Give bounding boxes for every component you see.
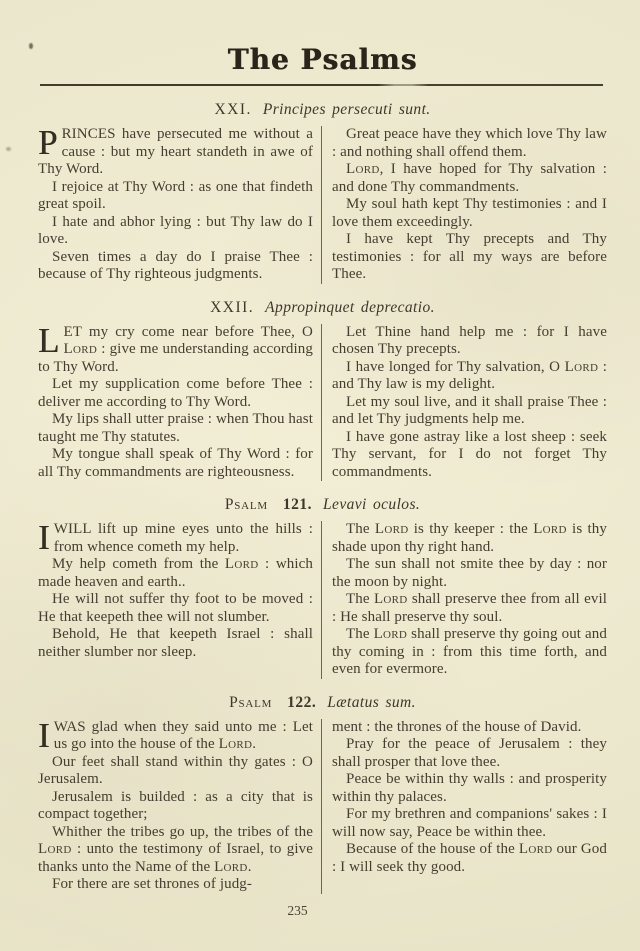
psalm-columns: IWAS glad when they said unto me : Let u… — [38, 719, 607, 894]
psalm-heading: XXI.Principes persecuti sunt. — [38, 101, 607, 119]
verse-paragraph: For my brethren and companions' sakes : … — [332, 806, 607, 841]
verse-paragraph: He will not suffer thy foot to be moved … — [38, 591, 313, 626]
left-column: IWAS glad when they said unto me : Let u… — [38, 719, 321, 894]
drop-cap: I — [38, 719, 54, 750]
verse-paragraph: IWAS glad when they said unto me : Let u… — [38, 719, 313, 754]
verse-paragraph: Seven times a day do I praise Thee : bec… — [38, 249, 313, 284]
drop-cap: P — [38, 126, 62, 157]
left-column: IWILL lift up mine eyes unto the hills :… — [38, 521, 321, 679]
page-title: The Psalms — [38, 45, 607, 75]
book-page: The Psalms XXI.Principes persecuti sunt.… — [0, 0, 640, 951]
verse-paragraph: I have kept Thy precepts and Thy testimo… — [332, 231, 607, 284]
verse-paragraph: Let Thine hand help me : for I have chos… — [332, 324, 607, 359]
verse-paragraph: I have longed for Thy salvation, O Lord … — [332, 359, 607, 394]
verse-paragraph: Lord, I have hoped for Thy salvation : a… — [332, 161, 607, 196]
right-column: ment : the thrones of the house of David… — [321, 719, 607, 894]
psalm-latin-title: Lætatus sum. — [327, 694, 416, 711]
psalm-heading: Psalm 121.Levavi oculos. — [38, 496, 607, 514]
psalm-sections: XXI.Principes persecuti sunt.PRINCES hav… — [38, 101, 607, 894]
scan-artifact — [29, 43, 33, 49]
lord-smallcaps: Lord — [63, 341, 97, 357]
verse-paragraph: My help cometh from the Lord : which mad… — [38, 556, 313, 591]
lord-smallcaps: Lord — [214, 859, 248, 875]
verse-paragraph: Great peace have they which love Thy law… — [332, 126, 607, 161]
psalm-columns: LET my cry come near before Thee, O Lord… — [38, 324, 607, 482]
left-column: LET my cry come near before Thee, O Lord… — [38, 324, 321, 482]
right-column: Let Thine hand help me : for I have chos… — [321, 324, 607, 482]
left-column: PRINCES have persecuted me without a cau… — [38, 126, 321, 284]
lord-smallcaps: Lord — [346, 161, 380, 177]
psalm-columns: IWILL lift up mine eyes unto the hills :… — [38, 521, 607, 679]
verse-paragraph: The Lord shall preserve thee from all ev… — [332, 591, 607, 626]
lord-smallcaps: Lord — [38, 841, 72, 857]
psalm-heading-prefix: XXII. — [210, 299, 254, 316]
verse-paragraph: Peace be within thy walls : and prosperi… — [332, 771, 607, 806]
psalm-section: Psalm 122.Lætatus sum.IWAS glad when the… — [38, 694, 607, 894]
lord-smallcaps: Lord — [219, 736, 253, 752]
lord-smallcaps: Lord — [375, 521, 409, 537]
psalm-latin-title: Principes persecuti sunt. — [263, 101, 431, 118]
psalm-section: Psalm 121.Levavi oculos.IWILL lift up mi… — [38, 496, 607, 679]
psalm-section: XXII.Appropinquet deprecatio.LET my cry … — [38, 299, 607, 482]
psalm-latin-title: Appropinquet deprecatio. — [265, 299, 435, 316]
verse-paragraph: I have gone astray like a lost sheep : s… — [332, 429, 607, 482]
psalm-section: XXI.Principes persecuti sunt.PRINCES hav… — [38, 101, 607, 284]
page-number: 235 — [13, 903, 582, 919]
lord-smallcaps: Lord — [374, 591, 408, 607]
psalm-heading: Psalm 122.Lætatus sum. — [38, 694, 607, 712]
verse-paragraph: The Lord is thy keeper : the Lord is thy… — [332, 521, 607, 556]
lord-smallcaps: Lord — [225, 556, 259, 572]
verse-paragraph: ment : the thrones of the house of David… — [332, 719, 607, 737]
verse-paragraph: My lips shall utter praise : when Thou h… — [38, 411, 313, 446]
verse-paragraph: Behold, He that keepeth Israel : shall n… — [38, 626, 313, 661]
right-column: The Lord is thy keeper : the Lord is thy… — [321, 521, 607, 679]
psalm-number: 121. — [283, 496, 312, 513]
verse-paragraph: PRINCES have persecuted me without a cau… — [38, 126, 313, 179]
psalm-columns: PRINCES have persecuted me without a cau… — [38, 126, 607, 284]
verse-paragraph: LET my cry come near before Thee, O Lord… — [38, 324, 313, 377]
scan-artifact — [6, 147, 11, 151]
title-rule — [40, 84, 603, 86]
verse-paragraph: Jerusalem is builded : as a city that is… — [38, 789, 313, 824]
verse-paragraph: Whither the tribes go up, the tribes of … — [38, 824, 313, 877]
lord-smallcaps: Lord — [519, 841, 553, 857]
verse-paragraph: Pray for the peace of Jerusalem : they s… — [332, 736, 607, 771]
verse-paragraph: I rejoice at Thy Word : as one that find… — [38, 179, 313, 214]
lord-smallcaps: Lord — [374, 626, 408, 642]
right-column: Great peace have they which love Thy law… — [321, 126, 607, 284]
verse-paragraph: Let my supplication come before Thee : d… — [38, 376, 313, 411]
lord-smallcaps: Lord — [533, 521, 567, 537]
verse-paragraph: Our feet shall stand within thy gates : … — [38, 754, 313, 789]
psalm-number: 122. — [287, 694, 316, 711]
lord-smallcaps: Lord — [565, 359, 599, 375]
verse-paragraph: I hate and abhor lying : but Thy law do … — [38, 214, 313, 249]
verse-paragraph: The sun shall not smite thee by day : no… — [332, 556, 607, 591]
psalm-heading-prefix: Psalm — [225, 496, 268, 513]
verse-paragraph: For there are set thrones of judg- — [38, 876, 313, 894]
verse-paragraph: The Lord shall preserve thy going out an… — [332, 626, 607, 679]
verse-paragraph: Let my soul live, and it shall praise Th… — [332, 394, 607, 429]
psalm-heading-prefix: XXI. — [214, 101, 251, 118]
psalm-heading-prefix: Psalm — [229, 694, 272, 711]
verse-paragraph: Because of the house of the Lord our God… — [332, 841, 607, 876]
psalm-latin-title: Levavi oculos. — [323, 496, 420, 513]
drop-cap: L — [38, 324, 63, 355]
verse-paragraph: IWILL lift up mine eyes unto the hills :… — [38, 521, 313, 556]
drop-cap: I — [38, 521, 54, 552]
verse-paragraph: My tongue shall speak of Thy Word : for … — [38, 446, 313, 481]
verse-paragraph: My soul hath kept Thy testimonies : and … — [332, 196, 607, 231]
psalm-heading: XXII.Appropinquet deprecatio. — [38, 299, 607, 317]
